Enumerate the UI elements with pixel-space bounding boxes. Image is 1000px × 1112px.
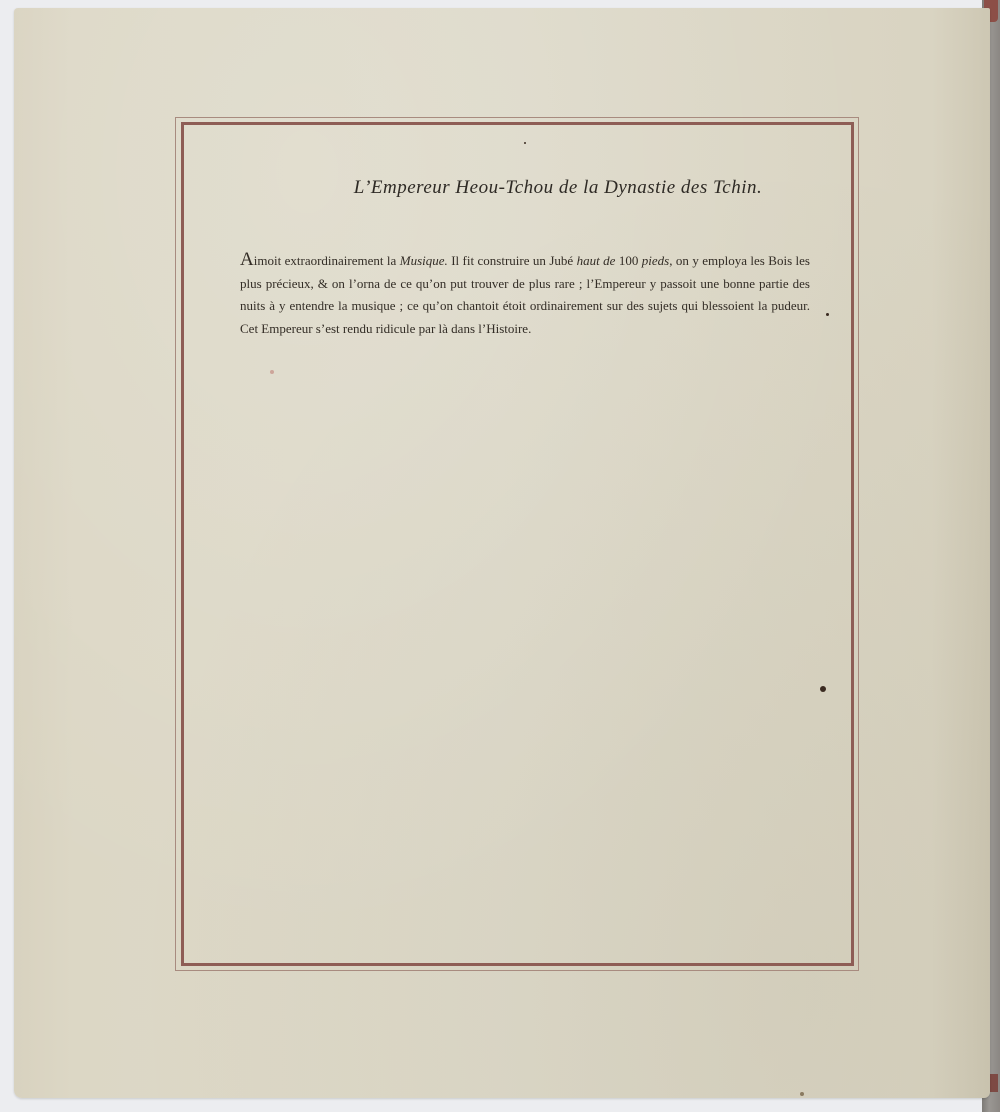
body-paragraph: Aimoit extraordinairement la Musique. Il… (240, 249, 810, 340)
text-segment-italic: Musique. (400, 253, 448, 268)
text-segment-italic: haut de (577, 253, 616, 268)
text-segment: 100 (615, 253, 641, 268)
text-segment-italic: pieds (642, 253, 669, 268)
foxing-spot (820, 686, 826, 692)
dropcap: A (240, 249, 254, 270)
foxing-spot (800, 1092, 804, 1096)
foxing-spot (270, 370, 274, 374)
text-segment: Il fit construire un Jubé (448, 253, 577, 268)
foxing-spot (524, 142, 526, 144)
foxing-spot (826, 313, 829, 316)
page-title: L’Empereur Heou-Tchou de la Dynastie des… (180, 177, 856, 199)
text-segment: imoit extraordinairement la (254, 253, 400, 268)
